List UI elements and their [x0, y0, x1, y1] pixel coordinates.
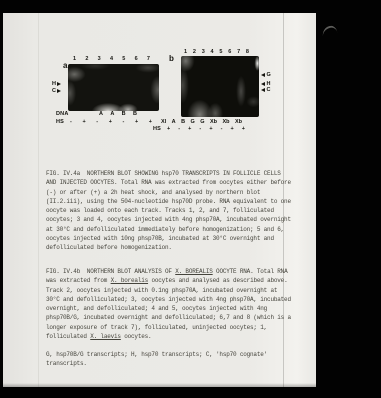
- lane-number: 4: [211, 49, 214, 55]
- heat-shock-value: +: [209, 126, 212, 132]
- band-marker-c: C: [52, 88, 61, 94]
- arrow-left-icon: [261, 73, 265, 77]
- page-fold-line: [38, 13, 39, 387]
- caption-line: phsp70B/G, incubated overnight and defol…: [46, 313, 314, 322]
- heat-shock-value: -: [178, 126, 180, 132]
- caption-line: (-) or after (+) a 2h heat shock, and an…: [46, 188, 314, 197]
- lane-number: 6: [228, 49, 231, 55]
- heat-shock-value: +: [135, 119, 138, 125]
- panel-b-hs-values: +-+-+-++: [167, 126, 245, 132]
- band-marker-c-label: C: [52, 88, 56, 94]
- lane-id-value: G: [200, 119, 204, 125]
- heat-shock-value: -: [123, 119, 125, 125]
- lane-id-value: Xb: [222, 119, 229, 125]
- heat-shock-value: -: [199, 126, 201, 132]
- northern-blot-b-image: [181, 56, 259, 117]
- northern-blot-a-image: [68, 64, 159, 111]
- arrow-left-icon: [261, 82, 265, 86]
- caption-line: Track 2, oocytes injected with 0.1ng phs…: [46, 286, 314, 295]
- heat-shock-value: -: [70, 119, 72, 125]
- panel-b-lane-numbers: 12345678: [184, 49, 249, 55]
- caption-line: transcripts.: [46, 359, 314, 368]
- lane-number: 7: [237, 49, 240, 55]
- panel-a-dna-values: AABB: [99, 111, 137, 117]
- panel-a-hs-label: HS: [56, 119, 64, 125]
- figure-caption-iv4a: FIG. IV.4a NORTHERN BLOT SHOWING hsp70 T…: [46, 169, 314, 253]
- band-marker-h-label: H: [52, 81, 56, 87]
- heat-shock-value: +: [109, 119, 112, 125]
- handwritten-mark: [321, 25, 338, 37]
- heat-shock-value: +: [242, 126, 245, 132]
- caption-line: FIG. IV.4b NORTHERN BLOT ANALYSIS OF X. …: [46, 267, 314, 276]
- lane-number: 1: [73, 56, 76, 62]
- band-marker-c: C: [261, 87, 270, 93]
- lane-id-value: Xb: [210, 119, 217, 125]
- heat-shock-value: -: [221, 126, 223, 132]
- lane-number: 1: [184, 49, 187, 55]
- lane-number: 3: [202, 49, 205, 55]
- caption-line: folliculated X. laevis oocytes.: [46, 332, 314, 341]
- dna-type-value: B: [133, 111, 137, 117]
- lane-id-value: Xb: [235, 119, 242, 125]
- caption-line: FIG. IV.4a NORTHERN BLOT SHOWING hsp70 T…: [46, 169, 314, 178]
- caption-line: (II.2.iii), using the 504-nucleotide hsp…: [46, 197, 314, 206]
- caption-line: was extracted from X. borealis oocytes a…: [46, 276, 314, 285]
- lane-number: 5: [219, 49, 222, 55]
- caption-line: at 30°C and defolliculated immediately b…: [46, 225, 314, 234]
- caption-line: defolliculated before homogenization.: [46, 243, 314, 252]
- lane-number: 7: [147, 56, 150, 62]
- caption-line: G, hsp70B/G transcripts; H, hsp70 transc…: [46, 350, 314, 359]
- lane-number: 4: [110, 56, 113, 62]
- microfilm-scan: { "page": { "panel_a": { "label": "a", "…: [0, 0, 381, 398]
- panel-b-hs-label: HS: [153, 126, 161, 132]
- lane-id-value: A: [172, 119, 176, 125]
- arrow-right-icon: [57, 82, 61, 86]
- lane-number: 2: [193, 49, 196, 55]
- heat-shock-value: +: [149, 119, 152, 125]
- panel-a-label: a: [63, 61, 67, 70]
- panel-a-dna-label: DNA: [56, 111, 69, 117]
- dna-type-value: B: [122, 111, 126, 117]
- caption-line: oocytes; 3 and 4, oocytes injected with …: [46, 215, 314, 224]
- lane-id-value: B: [181, 119, 185, 125]
- band-marker-h: H: [52, 81, 61, 87]
- heat-shock-value: +: [167, 126, 170, 132]
- caption-line: oocyte was loaded onto each track. Track…: [46, 206, 314, 215]
- panel-a-hs-values: -+-+-++: [70, 119, 152, 125]
- band-key-legend: G, hsp70B/G transcripts; H, hsp70 transc…: [46, 350, 314, 369]
- figure-caption-iv4b: FIG. IV.4b NORTHERN BLOT ANALYSIS OF X. …: [46, 267, 314, 341]
- lane-number: 2: [85, 56, 88, 62]
- band-marker-g: G: [261, 72, 271, 78]
- lane-number: 3: [98, 56, 101, 62]
- heat-shock-value: +: [82, 119, 85, 125]
- lane-number: 8: [246, 49, 249, 55]
- dna-type-value: A: [110, 111, 114, 117]
- heat-shock-value: +: [188, 126, 191, 132]
- dna-type-value: A: [99, 111, 103, 117]
- lane-number: 5: [122, 56, 125, 62]
- heat-shock-value: -: [96, 119, 98, 125]
- caption-line: AND INJECTED OOCYTES. Total RNA was extr…: [46, 178, 314, 187]
- caption-line: 30°C and defolliculated; 3, oocytes inje…: [46, 295, 314, 304]
- heat-shock-value: +: [230, 126, 233, 132]
- band-marker-g-label: G: [267, 72, 271, 78]
- band-marker-c-label: C: [267, 87, 271, 93]
- lane-id-value: Xl: [161, 119, 166, 125]
- arrow-right-icon: [57, 89, 61, 93]
- caption-line: oocytes injected with 10ng phsp70B, incu…: [46, 234, 314, 243]
- arrow-left-icon: [261, 88, 265, 92]
- panel-b-lane-ids: XlABGGXbXbXb: [161, 119, 242, 125]
- panel-b-label: b: [169, 54, 174, 63]
- scanned-page: a 1234567 H C DNA AABB HS -+-+-++ b 1234…: [3, 13, 316, 387]
- caption-line: overnight, and defolliculated; 4 and 5, …: [46, 304, 314, 313]
- lane-id-value: G: [191, 119, 195, 125]
- lane-number: 6: [135, 56, 138, 62]
- panel-a-lane-numbers: 1234567: [73, 56, 150, 62]
- caption-line: longer exposure of track 7), folliculate…: [46, 323, 314, 332]
